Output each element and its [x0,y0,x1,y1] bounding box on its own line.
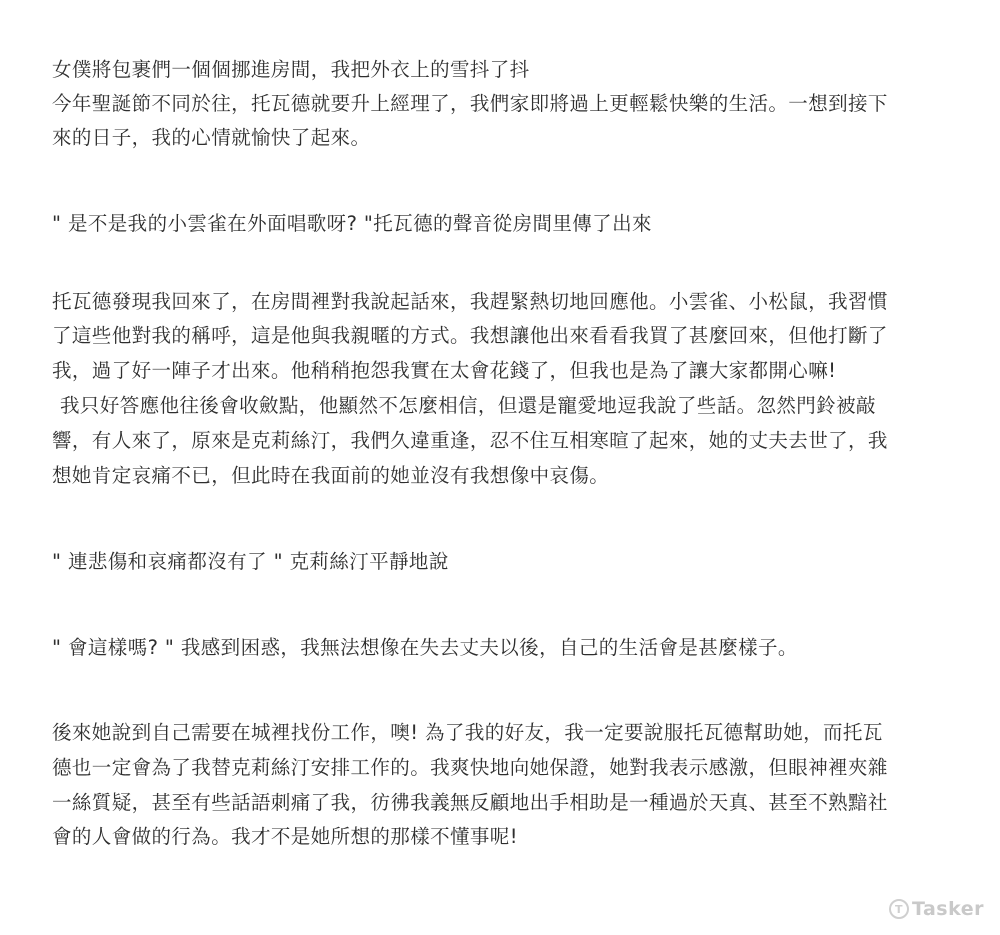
text-line-3: 來的日子，我的心情就愉快了起來。 [52,124,370,152]
text-line-1: 女僕將包裹們一個個挪進房間，我把外衣上的雪抖了抖 [52,56,530,84]
text-line-6: 了這些他對我的稱呼，這是他與我親暱的方式。我想讓他出來看看我買了甚麼回來，但他打… [52,322,888,350]
text-line-13: 後來她說到自己需要在城裡找份工作，噢! 為了我的好友，我一定要說服托瓦德幫助她，… [52,719,883,747]
tasker-logo-icon: T [889,899,909,919]
text-line-15: 一絲質疑，甚至有些話語刺痛了我，彷彿我義無反顧地出手相助是一種過於天真、甚至不熟… [52,789,888,817]
dialogue-line-1: " 是不是我的小雲雀在外面唱歌呀? "托瓦德的聲音從房間里傳了出來 [52,210,652,238]
text-line-16: 會的人會做的行為。我才不是她所想的那樣不懂事呢! [52,823,518,851]
dialogue-line-3: " 會這樣嗎? " 我感到困惑，我無法想像在失去丈夫以後，自己的生活會是甚麼樣子… [52,634,798,662]
text-line-5: 托瓦德發現我回來了，在房間裡對我說起話來，我趕緊熱切地回應他。小雲雀、小松鼠，我… [52,288,888,316]
dialogue-line-2: " 連悲傷和哀痛都沒有了 " 克莉絲汀平靜地說 [52,548,449,576]
watermark: T Tasker [889,898,984,920]
watermark-label: Tasker [912,898,984,920]
text-line-14: 德也一定會為了我替克莉絲汀安排工作的。我爽快地向她保證，她對我表示感激，但眼神裡… [52,754,888,782]
text-line-2: 今年聖誕節不同於往，托瓦德就要升上經理了，我們家即將過上更輕鬆快樂的生活。一想到… [52,90,888,118]
text-line-7: 我，過了好一陣子才出來。他稍稍抱怨我實在太會花錢了，但我也是為了讓大家都開心嘛! [52,357,836,385]
text-line-9: 響，有人來了，原來是克莉絲汀，我們久違重逢，忍不住互相寒暄了起來，她的丈夫去世了… [52,427,888,455]
text-line-8: 我只好答應他往後會收斂點，他顯然不怎麼相信，但還是寵愛地逗我說了些話。忽然門鈴被… [60,392,876,420]
text-line-10: 想她肯定哀痛不已，但此時在我面前的她並沒有我想像中哀傷。 [52,462,609,490]
